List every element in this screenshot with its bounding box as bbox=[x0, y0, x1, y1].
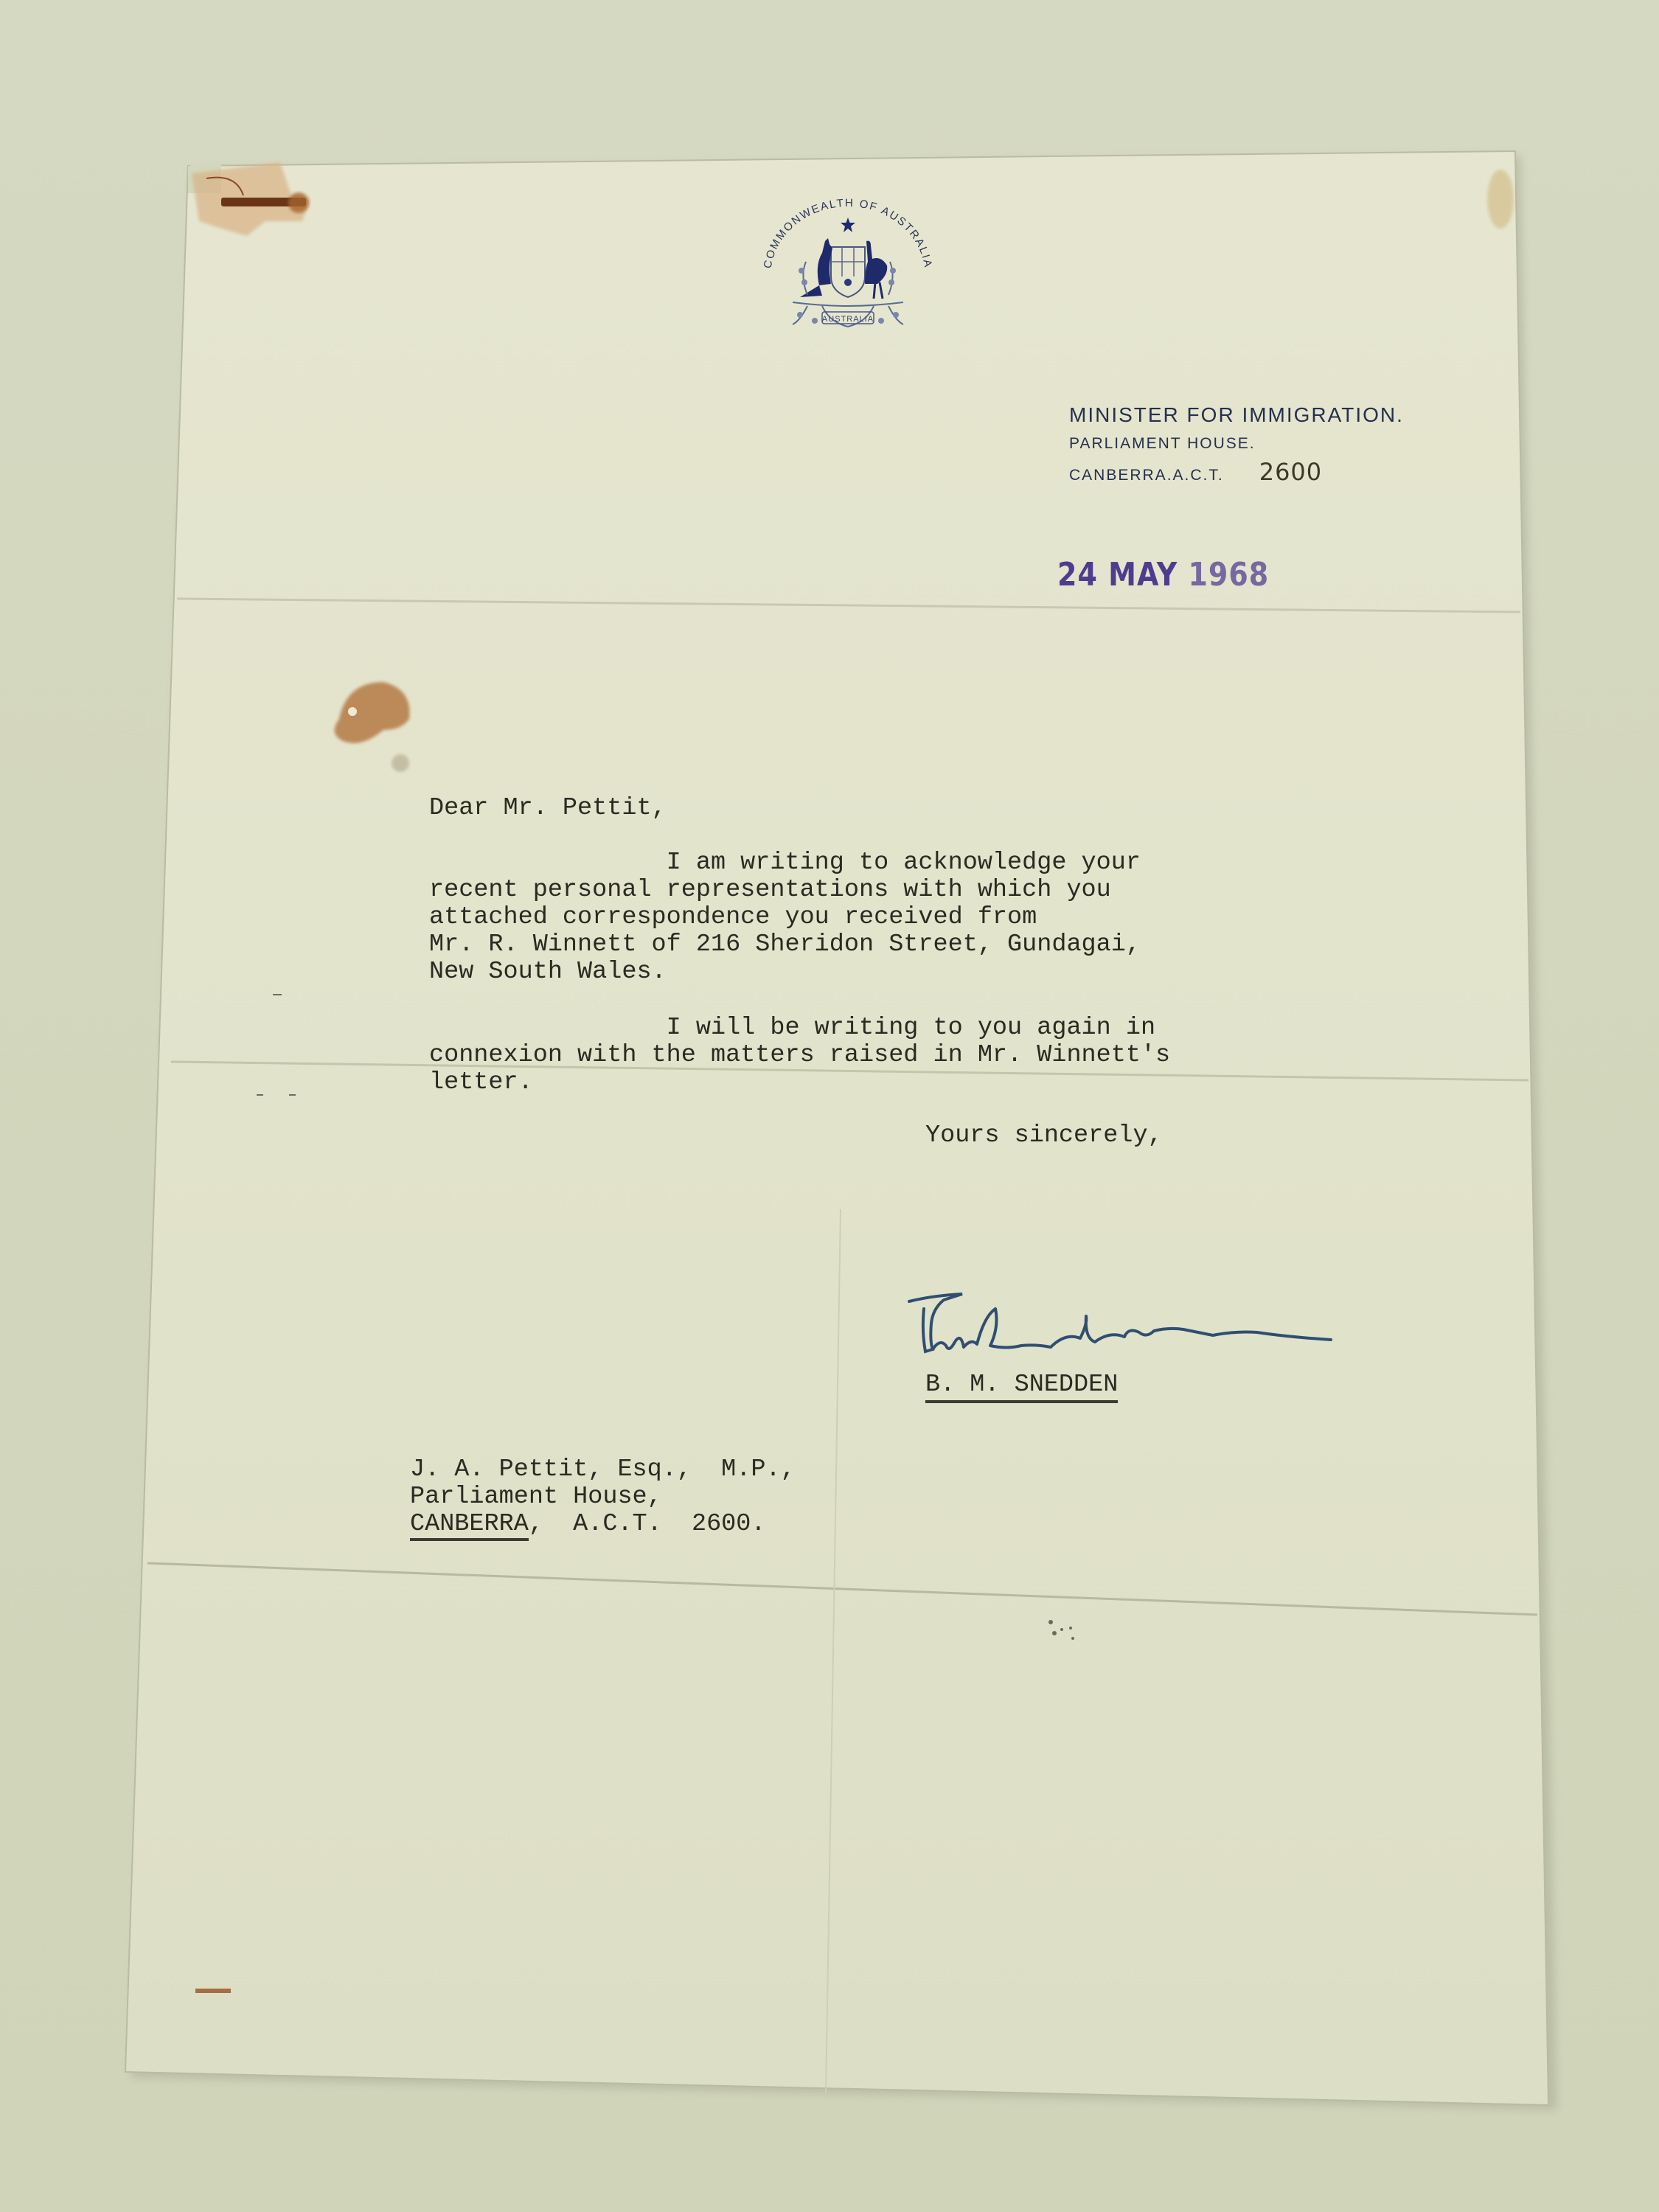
svg-text:COMMONWEALTH OF AUSTRALIA: COMMONWEALTH OF AUSTRALIA bbox=[762, 197, 935, 270]
office-city: CANBERRA.A.C.T. bbox=[1069, 467, 1224, 484]
addressee-postal: , A.C.T. 2600. bbox=[529, 1510, 766, 1538]
rust-stain-staple bbox=[192, 162, 310, 236]
fold-line-vertical bbox=[826, 1209, 841, 2094]
office-title: MINISTER FOR IMMIGRATION. bbox=[1069, 400, 1404, 430]
rust-mark-bottom bbox=[195, 1989, 231, 1993]
salutation: Dear Mr. Pettit, bbox=[429, 795, 667, 822]
office-postcode: 2600 bbox=[1259, 458, 1322, 486]
date-month: MAY bbox=[1108, 556, 1178, 594]
addressee-city-line: CANBERRA, A.C.T. 2600. bbox=[410, 1511, 796, 1538]
office-city-line: CANBERRA.A.C.T.2600 bbox=[1069, 458, 1404, 490]
fold-line-1 bbox=[177, 599, 1520, 612]
crest-scroll-text: AUSTRALIA bbox=[822, 315, 874, 324]
addressee-block: J. A. Pettit, Esq., M.P.,Parliament Hous… bbox=[410, 1456, 796, 1538]
body-paragraph-2: I will be writing to you again in connex… bbox=[429, 1015, 1170, 1096]
crest-caption: COMMONWEALTH OF AUSTRALIA bbox=[762, 197, 935, 270]
addressee-city: CANBERRA bbox=[410, 1510, 529, 1541]
date-day: 24 bbox=[1057, 556, 1098, 594]
rust-stain-spot bbox=[335, 682, 410, 772]
addressee-name: J. A. Pettit, Esq., M.P., bbox=[410, 1456, 796, 1484]
addressee-building: Parliament House, bbox=[410, 1484, 796, 1511]
letterhead-address: MINISTER FOR IMMIGRATION. PARLIAMENT HOU… bbox=[1069, 400, 1404, 490]
typed-signatory: B. M. SNEDDEN bbox=[925, 1371, 1118, 1399]
body-paragraph-1: I am writing to acknowledge your recent … bbox=[429, 849, 1141, 986]
closing: Yours sincerely, bbox=[925, 1122, 1163, 1150]
fold-line-3 bbox=[147, 1563, 1537, 1615]
date-stamp: 24 MAY 1968 bbox=[1057, 556, 1269, 594]
office-building: PARLIAMENT HOUSE. bbox=[1069, 430, 1404, 458]
handwritten-signature bbox=[903, 1287, 1346, 1368]
date-year: 1968 bbox=[1188, 556, 1269, 594]
signatory-name: B. M. SNEDDEN bbox=[925, 1371, 1118, 1403]
coat-of-arms-icon: COMMONWEALTH OF AUSTRALIA AUSTRALIA bbox=[748, 195, 947, 343]
corner-stain bbox=[1487, 170, 1514, 229]
